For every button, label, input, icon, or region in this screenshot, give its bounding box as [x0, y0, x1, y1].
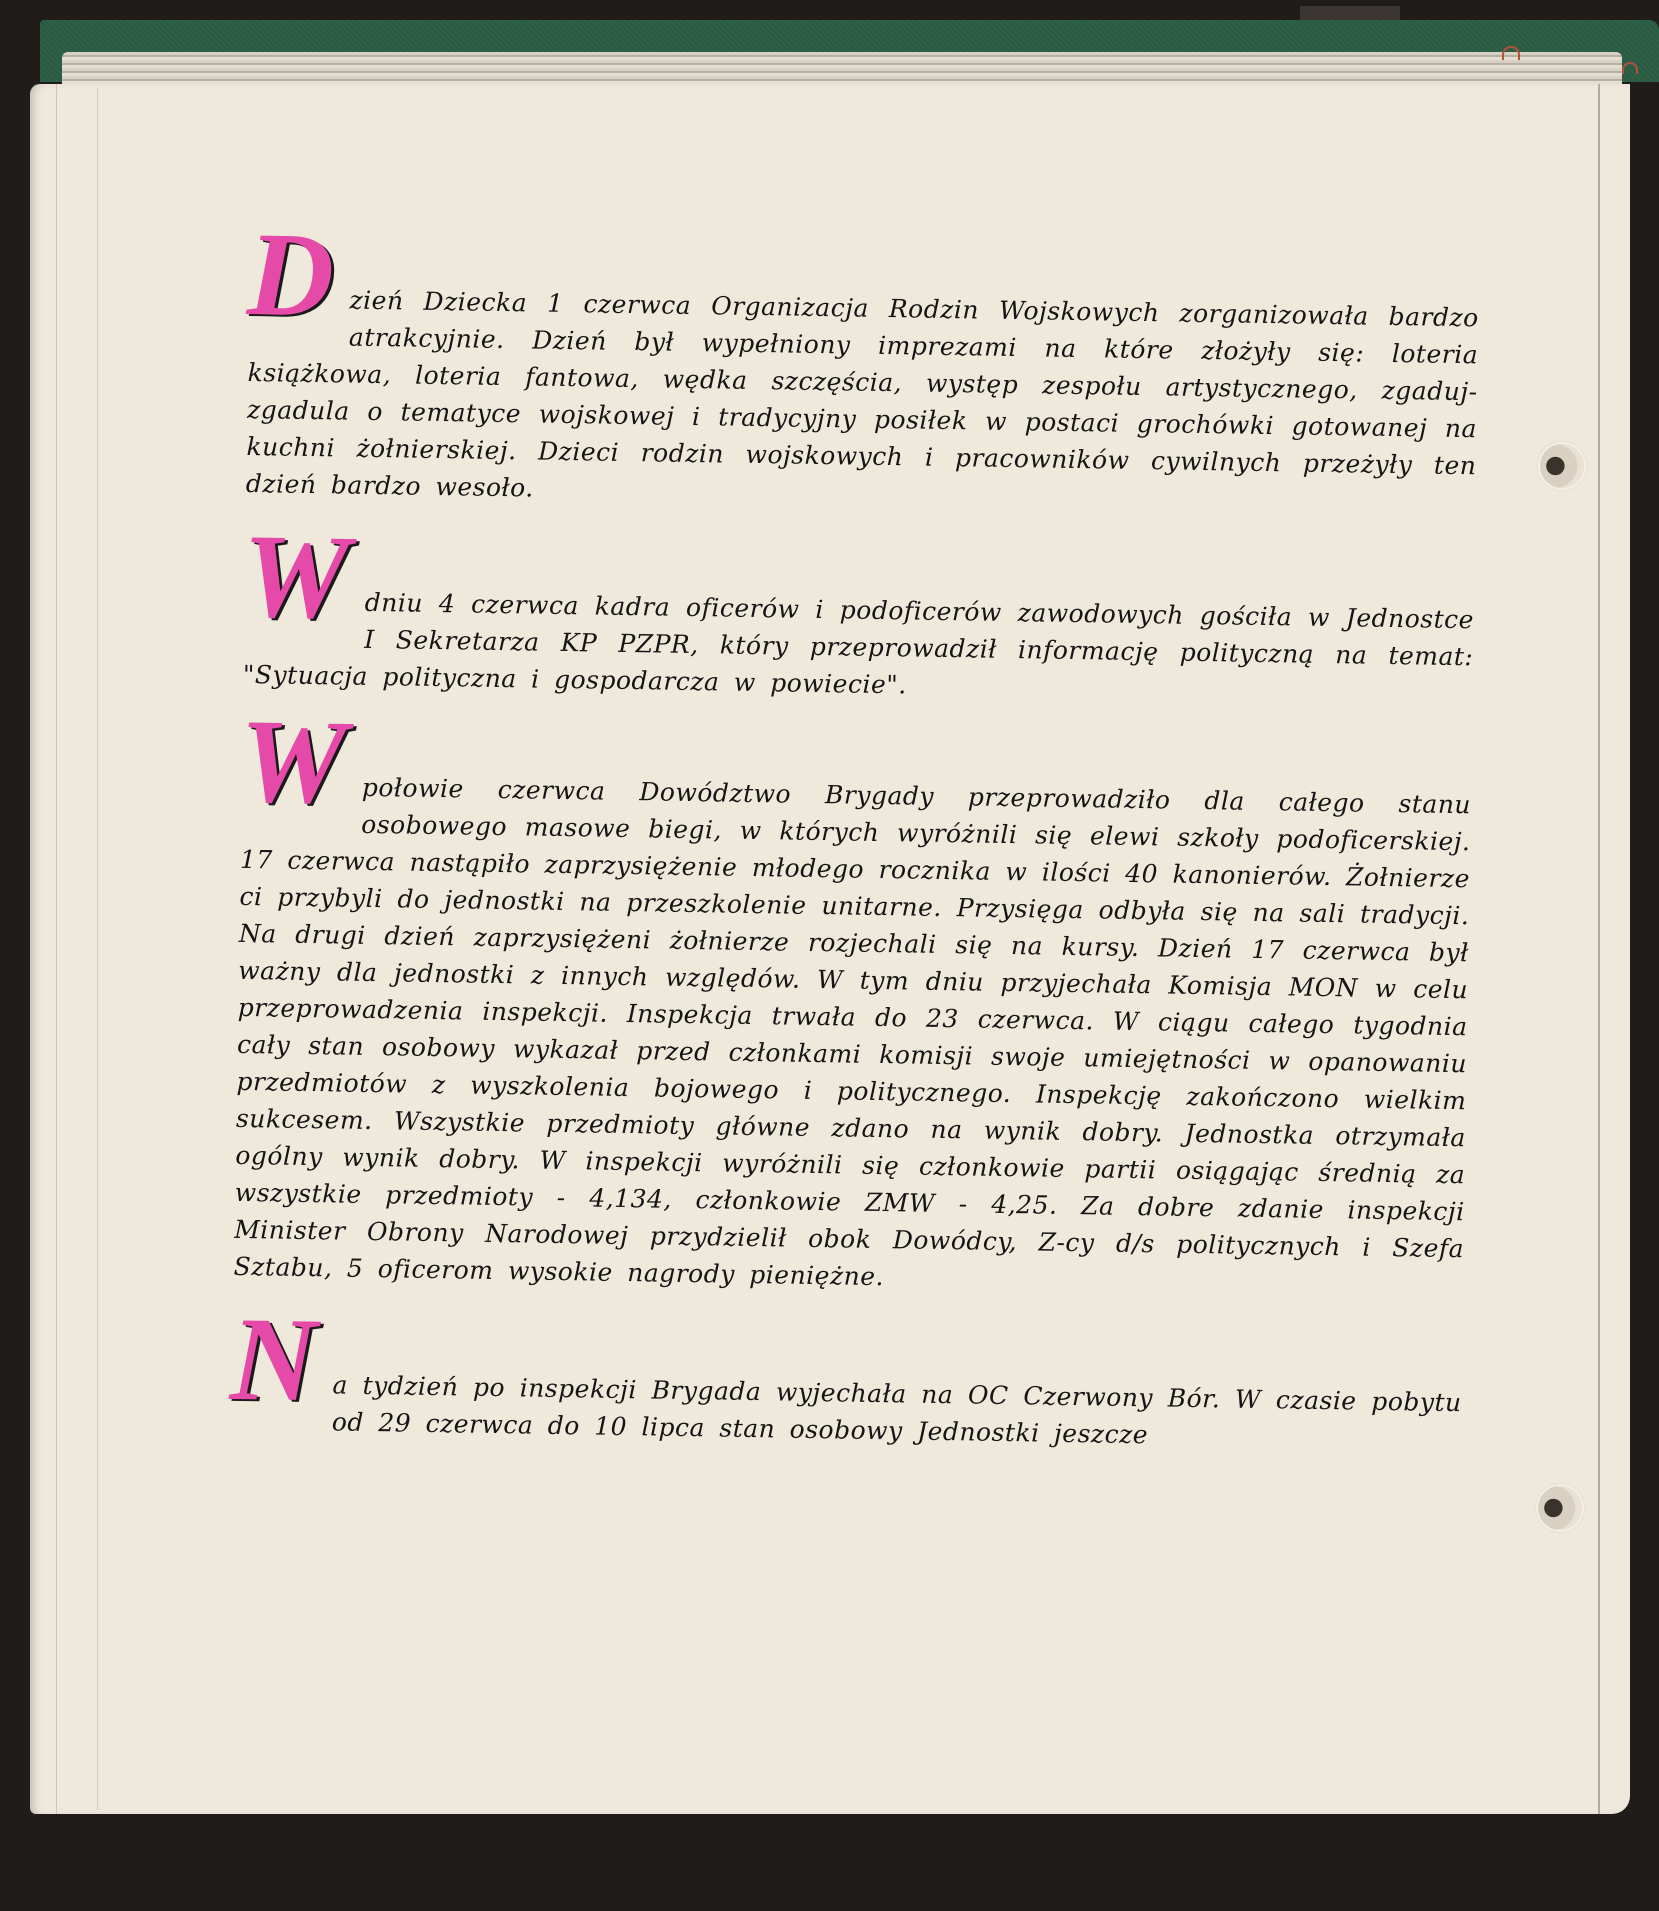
- paragraph-text: połowie czerwca Dowództwo Brygady przepr…: [233, 727, 1472, 1304]
- drop-cap-initial: D: [246, 222, 334, 323]
- paragraph-training-camp: N a tydzień po inspekcji Brygada wyjecha…: [231, 1325, 1463, 1458]
- page-fold-line: [1598, 84, 1600, 1814]
- paragraph-political-briefing: W dniu 4 czerwca kadra oficerów i podofi…: [243, 542, 1475, 712]
- punch-hole-bottom: [1538, 1486, 1582, 1530]
- paragraph-text: dniu 4 czerwca kadra oficerów i podofice…: [243, 542, 1475, 712]
- paragraph-text: zień Dziecka 1 czerwca Organizacja Rodzi…: [246, 240, 1480, 521]
- binding-thread: [1502, 46, 1520, 60]
- chronicle-text: D zień Dziecka 1 czerwca Organizacja Rod…: [230, 225, 1479, 1492]
- paragraph-childrens-day: D zień Dziecka 1 czerwca Organizacja Rod…: [246, 240, 1480, 521]
- binding-thread: [1622, 62, 1638, 74]
- punch-hole-top: [1540, 444, 1584, 488]
- page-stack-left-edge: [56, 84, 97, 1814]
- paragraph-inspection: W połowie czerwca Dowództwo Brygady prze…: [233, 727, 1472, 1304]
- drop-cap-initial: W: [242, 524, 350, 626]
- paragraph-text: a tydzień po inspekcji Brygada wyjechała…: [231, 1325, 1463, 1458]
- drop-cap-initial: W: [239, 709, 347, 811]
- drop-cap-initial: N: [229, 1307, 317, 1408]
